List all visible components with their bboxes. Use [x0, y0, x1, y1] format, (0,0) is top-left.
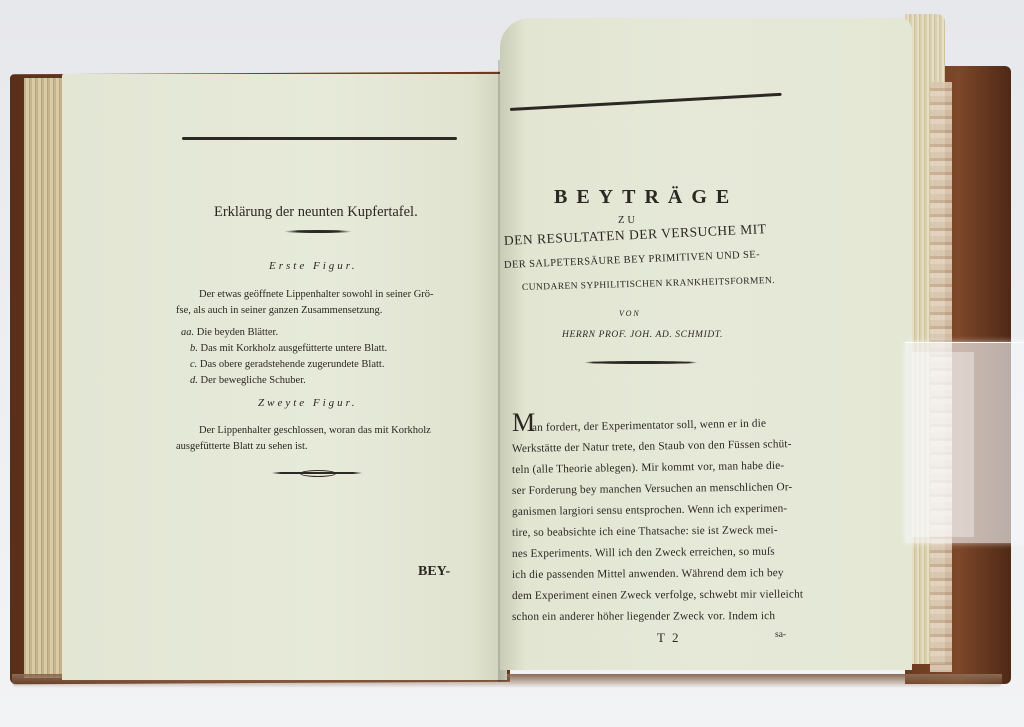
title-zu: ZU: [618, 215, 638, 226]
left-page: Erklärung der neunten Kupfertafel. Erste…: [62, 74, 507, 680]
item-marker: b.: [190, 343, 198, 354]
page-clip-highlight: [912, 352, 974, 537]
ornament-flourish: [300, 470, 336, 477]
figure1-item: b. Das mit Korkholz ausgefütterte untere…: [190, 341, 387, 357]
catchword: BEY-: [418, 564, 450, 580]
item-marker: d.: [190, 375, 198, 386]
subtitle-line: CUNDAREN SYPHILITISCHEN KRANKHEITSFORMEN…: [522, 276, 775, 293]
item-text: Das mit Korkholz ausgefütterte untere Bl…: [201, 343, 388, 354]
header-rule: [182, 137, 457, 140]
item-text: Die beyden Blätter.: [197, 327, 278, 338]
body-line: ich die passenden Mittel anwenden. Währe…: [512, 563, 784, 585]
figure2-title: Zweyte Figur.: [258, 397, 358, 409]
body-line: nes Experiments. Will ich den Zweck erre…: [512, 542, 775, 565]
ornament-divider: [584, 361, 698, 364]
right-page: BEYTRÄGE ZU DEN RESULTATEN DER VERSUCHE …: [500, 18, 912, 670]
figure2-text-line: ausgefütterte Blatt zu sehen ist.: [176, 439, 308, 455]
subtitle-line: DER SALPETERSÄURE BEY PRIMITIVEN UND SE-: [504, 249, 760, 271]
item-marker: aa.: [181, 327, 194, 338]
body-line: schon ein anderer höher liegender Zweck …: [512, 606, 775, 627]
header-rule: [510, 93, 782, 111]
von-label: VON: [619, 309, 641, 318]
figure1-text-line: Der etwas geöffnete Lippenhalter sowohl …: [199, 287, 434, 303]
figure1-text-line: fse, als auch in seiner ganzen Zusammens…: [176, 303, 382, 319]
body-line: ganismen largiori sensu entsprochen. Wen…: [512, 499, 788, 523]
body-line: tire, so beabsichte ich eine Thatsache: …: [512, 520, 778, 543]
item-text: Das obere geradstehende zugerundete Blat…: [200, 359, 385, 370]
figure1-item: d. Der bewegliche Schuber.: [190, 373, 306, 389]
figure1-title: Erste Figur.: [269, 260, 358, 272]
item-marker: c.: [190, 359, 197, 370]
article-title: BEYTRÄGE: [554, 186, 738, 209]
catchword: sa-: [775, 630, 786, 640]
figure1-item: c. Das obere geradstehende zugerundete B…: [190, 357, 384, 373]
signature-mark: T 2: [657, 630, 680, 646]
left-page-heading: Erklärung der neunten Kupfertafel.: [214, 204, 418, 221]
ornament-divider: [284, 230, 352, 233]
body-line: ser Forderung bey manchen Versuchen an m…: [512, 477, 793, 501]
author: HERRN PROF. JOH. AD. SCHMIDT.: [562, 330, 723, 340]
figure2-text-line: Der Lippenhalter geschlossen, woran das …: [199, 423, 431, 439]
body-line: dem Experiment einen Zweck verfolge, sch…: [512, 584, 803, 606]
item-text: Der bewegliche Schuber.: [201, 375, 306, 386]
figure1-item: aa. Die beyden Blätter.: [181, 325, 278, 341]
